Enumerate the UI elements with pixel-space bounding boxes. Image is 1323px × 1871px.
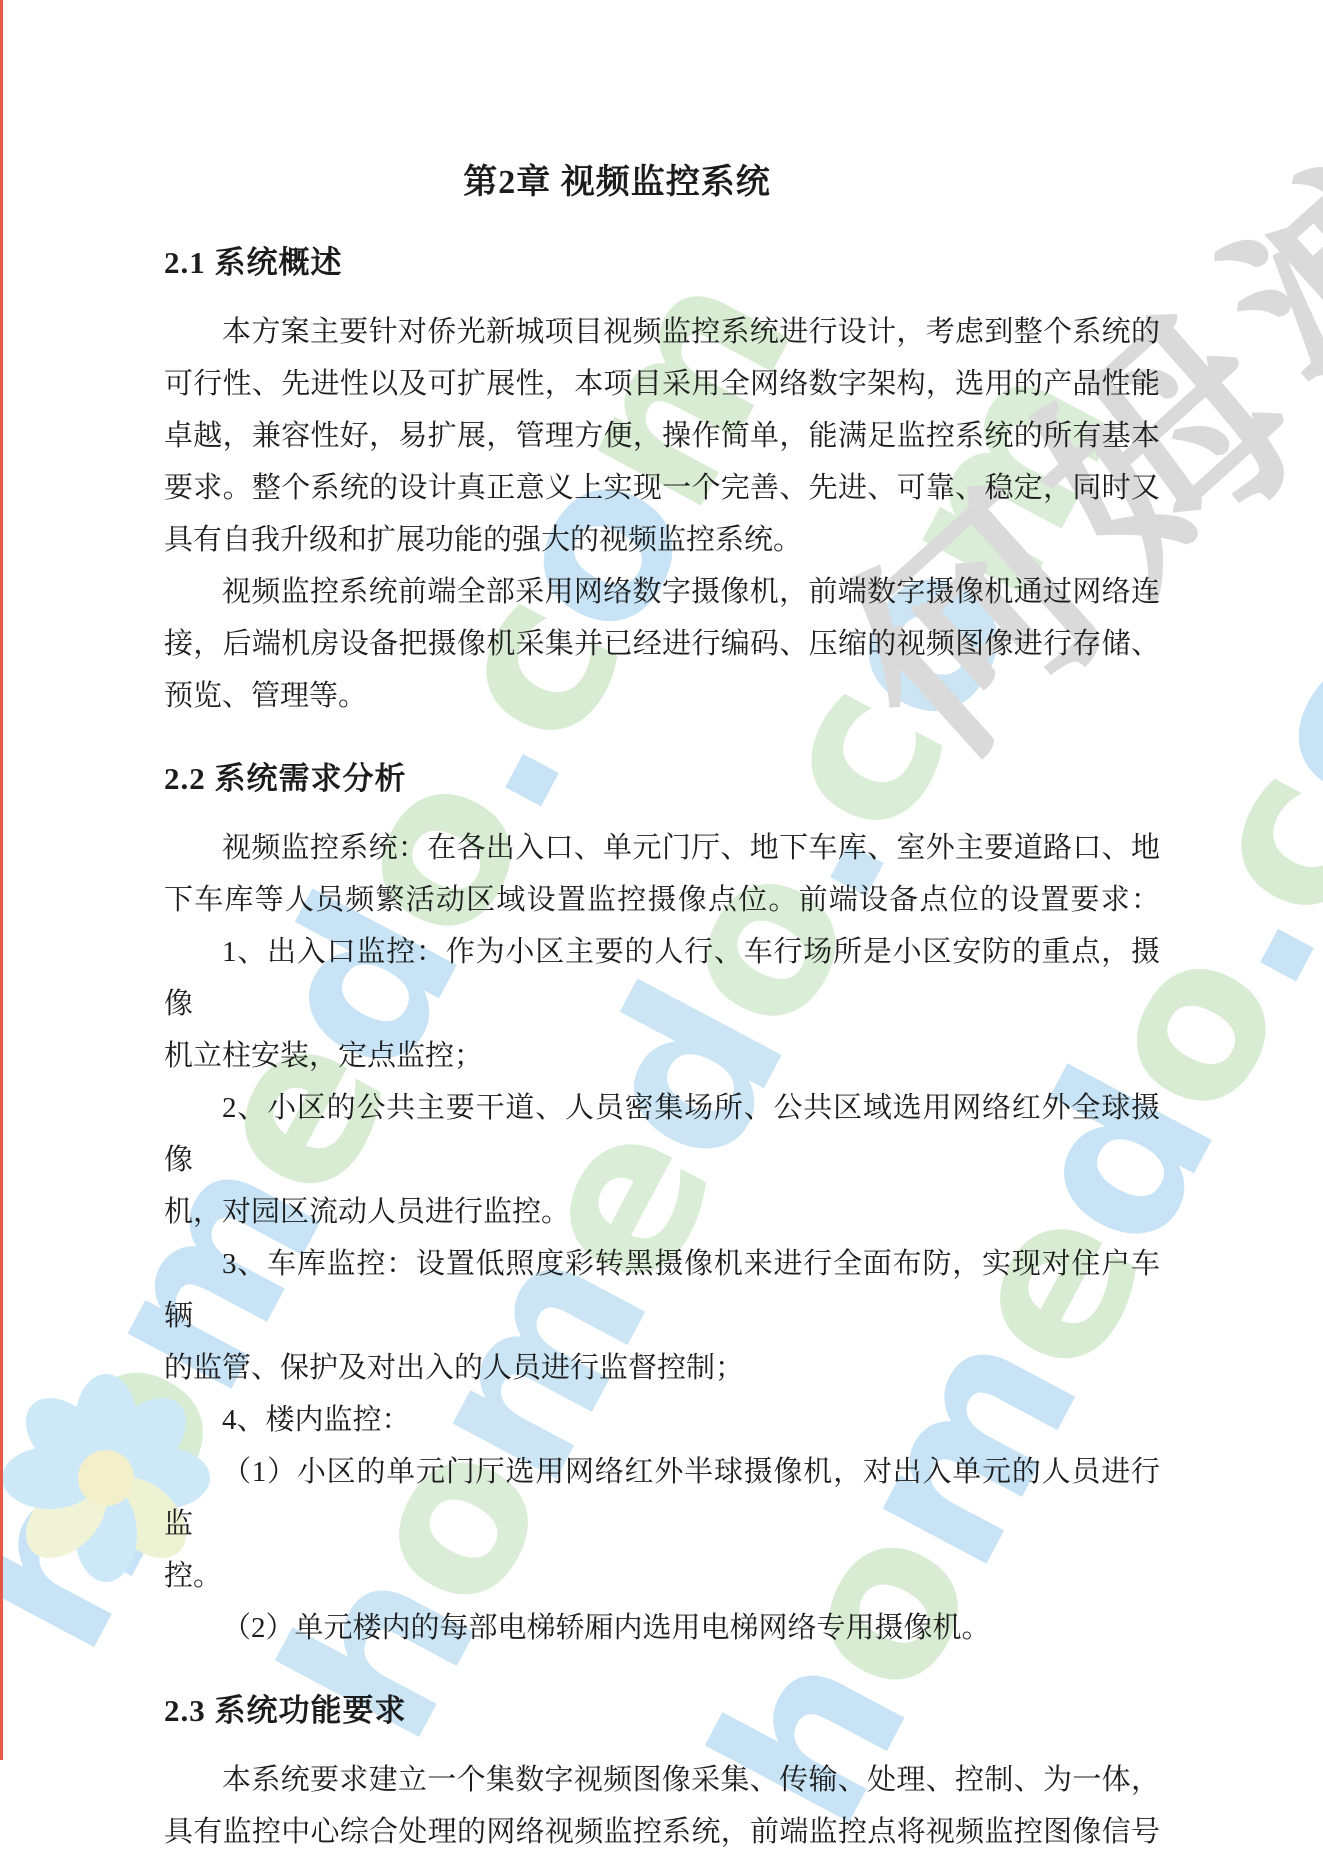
body-line: 机立柱安装，定点监控； (164, 1030, 1160, 1082)
body-line: 预览、管理等。 (164, 670, 1160, 722)
body-line: 具有监控中心综合处理的网络视频监控系统，前端监控点将视频监控图像信号 (164, 1806, 1160, 1858)
list-item: （1）小区的单元门厅选用网络红外半球摄像机，对出入单元的人员进行监 控。 (164, 1446, 1160, 1602)
flower-center (78, 1450, 134, 1506)
body-line: 要求。整个系统的设计真正意义上实现一个完善、先进、可靠、稳定，同时又 (164, 462, 1160, 514)
body-line: 1、出入口监控：作为小区主要的人行、车行场所是小区安防的重点，摄像 (164, 926, 1160, 1030)
body-line: 具有自我升级和扩展功能的强大的视频监控系统。 (164, 514, 1160, 566)
body-line: 的监管、保护及对出入的人员进行监督控制； (164, 1342, 1160, 1394)
document-content: 第2章 视频监控系统 2.1 系统概述 本方案主要针对侨光新城项目视频监控系统进… (164, 160, 1160, 1858)
list-item: 1、出入口监控：作为小区主要的人行、车行场所是小区安防的重点，摄像 机立柱安装，… (164, 926, 1160, 1082)
list-item: 4、楼内监控： (164, 1394, 1160, 1446)
paragraph: 视频监控系统前端全部采用网络数字摄像机，前端数字摄像机通过网络连 接，后端机房设… (164, 566, 1160, 722)
list-item: 3、车库监控：设置低照度彩转黑摄像机来进行全面布防，实现对住户车辆 的监管、保护… (164, 1238, 1160, 1394)
body-line: 卓越，兼容性好，易扩展，管理方便，操作简单，能满足监控系统的所有基本 (164, 410, 1160, 462)
body-line: 视频监控系统：在各出入口、单元门厅、地下车库、室外主要道路口、地 (164, 822, 1160, 874)
list-item: 2、小区的公共主要干道、人员密集场所、公共区域选用网络红外全球摄像 机，对园区流… (164, 1082, 1160, 1238)
body-line: （2）单元楼内的每部电梯轿厢内选用电梯网络专用摄像机。 (164, 1602, 1160, 1654)
section-heading-2-2: 2.2 系统需求分析 (164, 758, 1160, 800)
body-line: 视频监控系统前端全部采用网络数字摄像机，前端数字摄像机通过网络连 (164, 566, 1160, 618)
red-edge-line (0, 0, 3, 1760)
chapter-title: 第2章 视频监控系统 (164, 160, 1070, 206)
body-line: 接，后端机房设备把摄像机采集并已经进行编码、压缩的视频图像进行存储、 (164, 618, 1160, 670)
body-line: 控。 (164, 1550, 1160, 1602)
body-line: 4、楼内监控： (164, 1394, 1160, 1446)
body-line: （1）小区的单元门厅选用网络红外半球摄像机，对出入单元的人员进行监 (164, 1446, 1160, 1550)
section-heading-2-3: 2.3 系统功能要求 (164, 1690, 1160, 1732)
body-line: 本系统要求建立一个集数字视频图像采集、传输、处理、控制、为一体， (164, 1754, 1160, 1806)
body-line: 2、小区的公共主要干道、人员密集场所、公共区域选用网络红外全球摄像 (164, 1082, 1160, 1186)
paragraph: 本方案主要针对侨光新城项目视频监控系统进行设计，考虑到整个系统的 可行性、先进性… (164, 306, 1160, 566)
paragraph: 本系统要求建立一个集数字视频图像采集、传输、处理、控制、为一体， 具有监控中心综… (164, 1754, 1160, 1858)
body-line: 3、车库监控：设置低照度彩转黑摄像机来进行全面布防，实现对住户车辆 (164, 1238, 1160, 1342)
document-page: homedo.com homedo.com homedo.com 何姆渡 第2章… (0, 0, 1323, 1871)
body-line: 下车库等人员频繁活动区域设置监控摄像点位。前端设备点位的设置要求： (164, 874, 1160, 926)
body-line: 本方案主要针对侨光新城项目视频监控系统进行设计，考虑到整个系统的 (164, 306, 1160, 358)
body-line: 机，对园区流动人员进行监控。 (164, 1186, 1160, 1238)
list-item: （2）单元楼内的每部电梯轿厢内选用电梯网络专用摄像机。 (164, 1602, 1160, 1654)
paragraph: 视频监控系统：在各出入口、单元门厅、地下车库、室外主要道路口、地 下车库等人员频… (164, 822, 1160, 926)
body-line: 可行性、先进性以及可扩展性，本项目采用全网络数字架构，选用的产品性能 (164, 358, 1160, 410)
section-heading-2-1: 2.1 系统概述 (164, 242, 1160, 284)
